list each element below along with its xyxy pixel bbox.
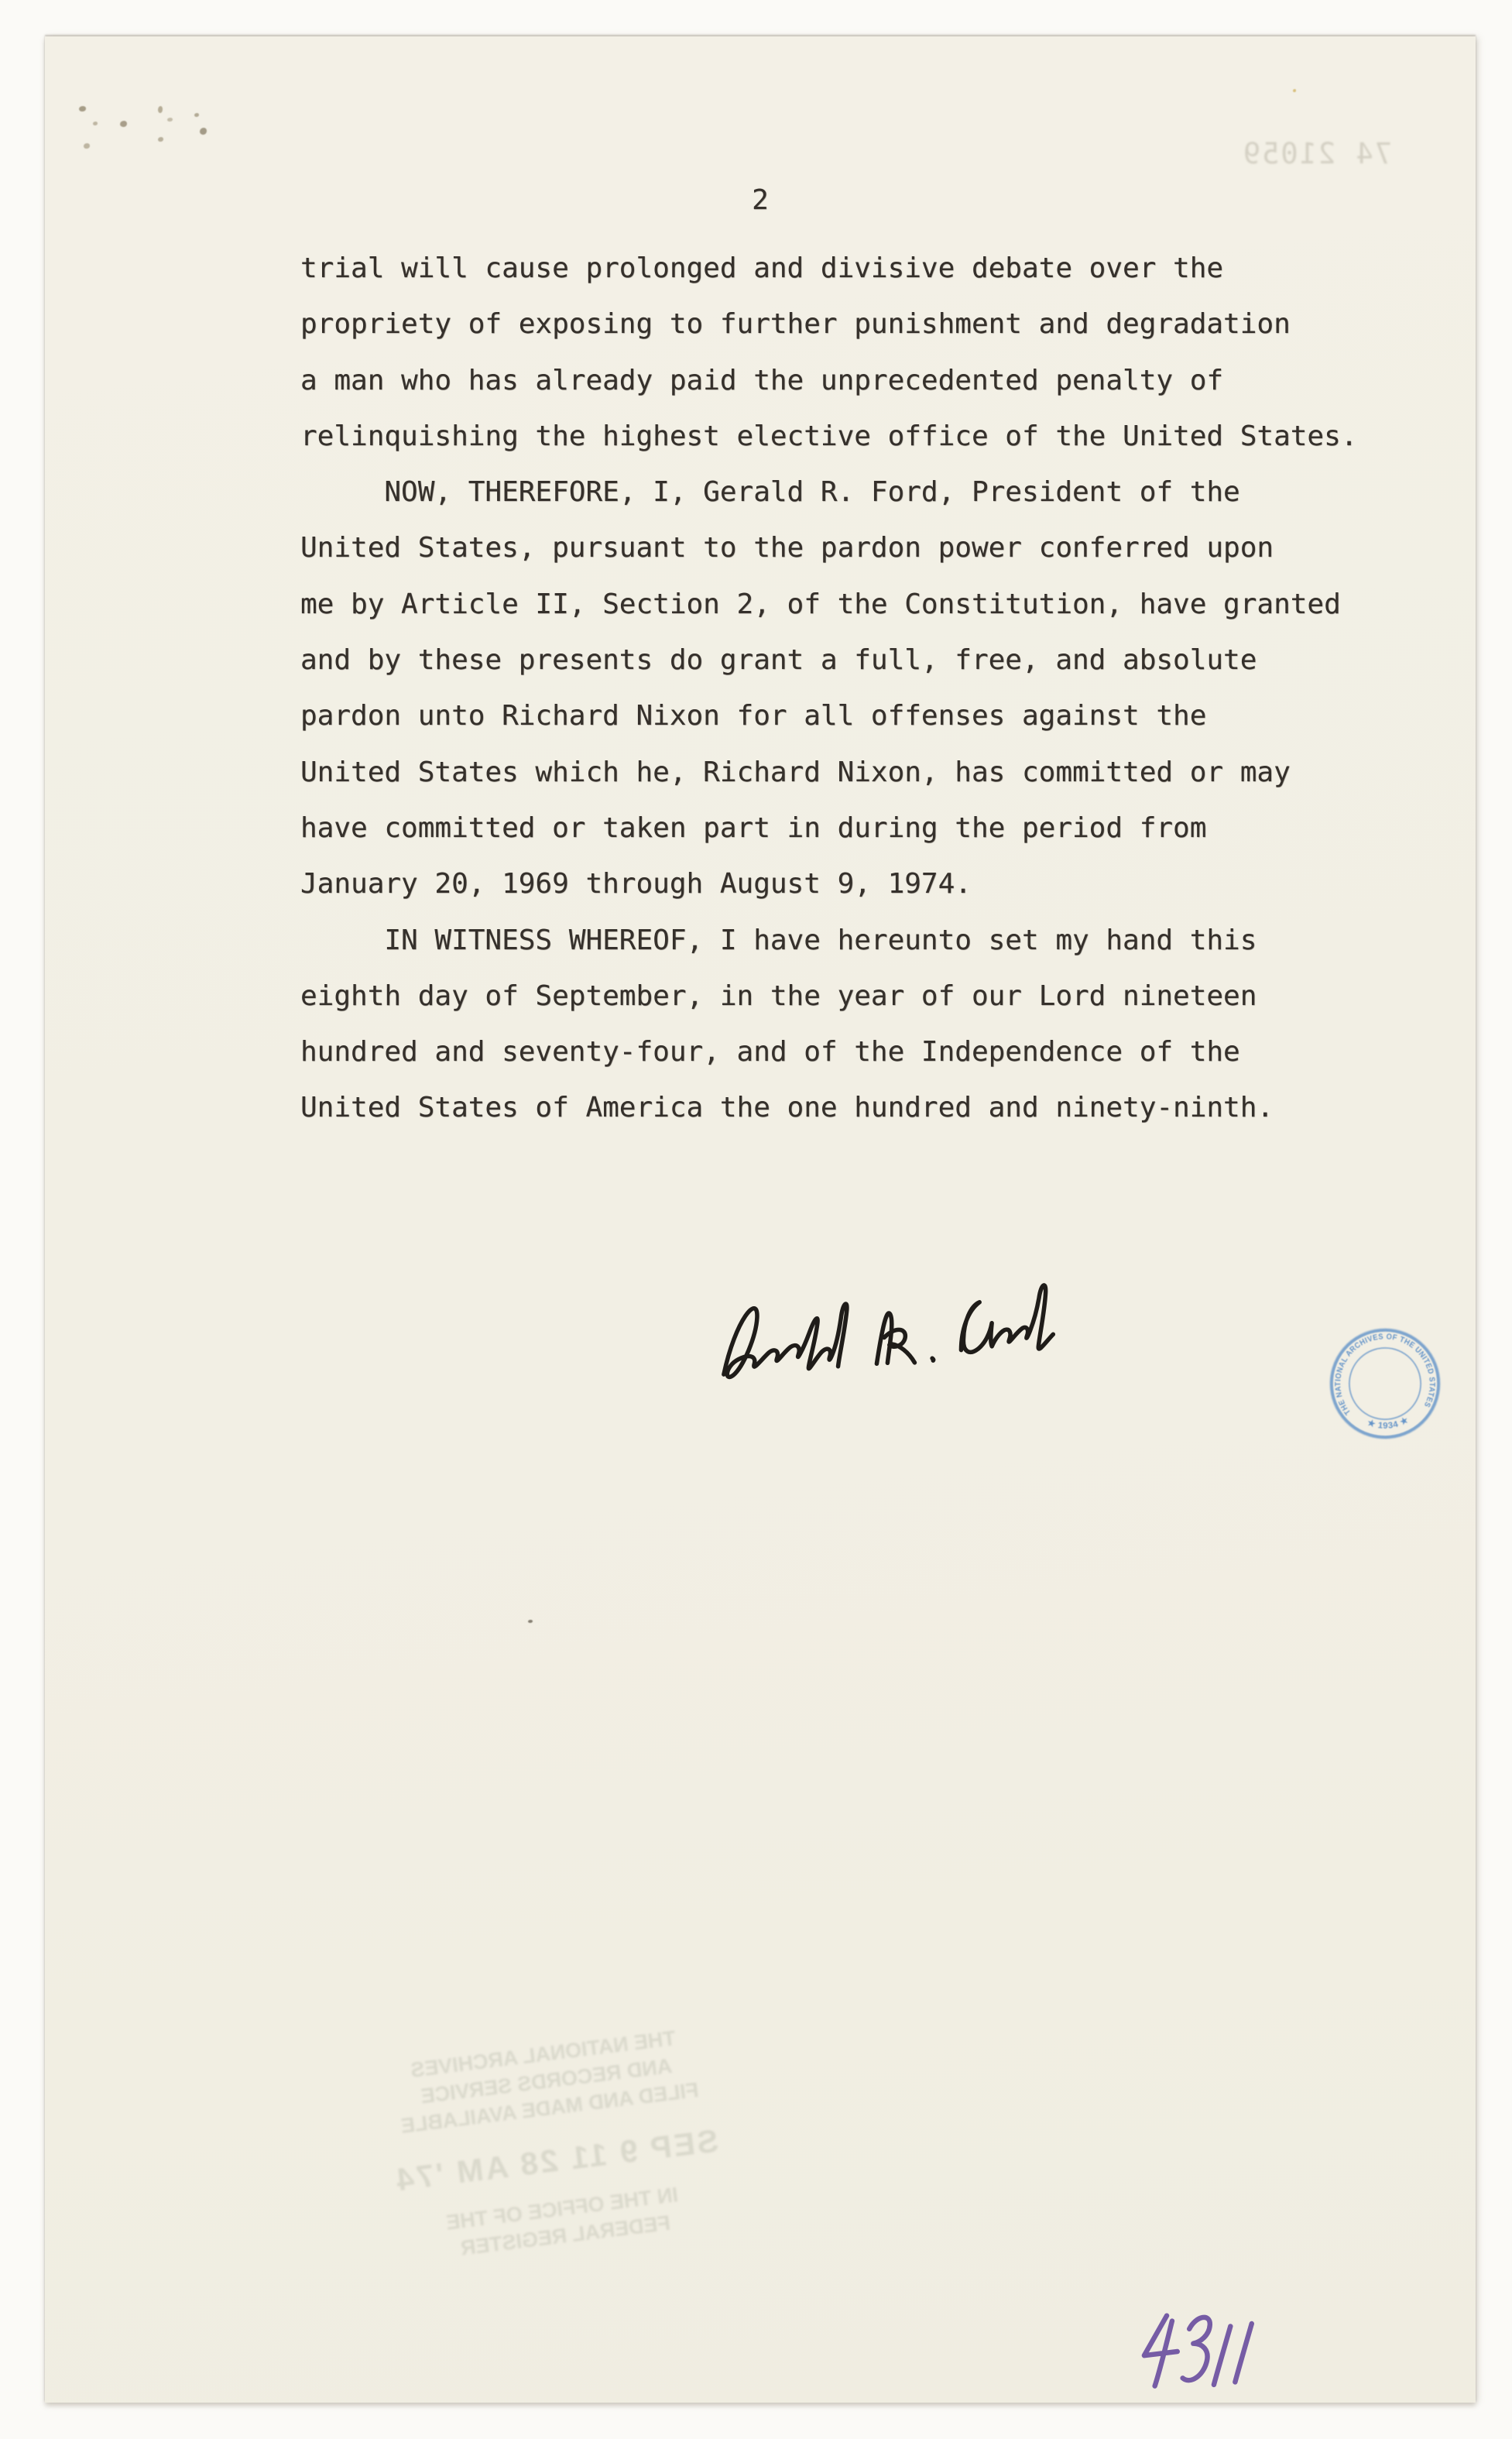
- typed-line: NOW, THEREFORE, I, Gerald R. Ford, Presi…: [300, 465, 1357, 520]
- typed-line: eighth day of September, in the year of …: [300, 969, 1357, 1024]
- digit-4-stroke: [1144, 2316, 1178, 2386]
- typed-line: relinquishing the highest elective offic…: [300, 409, 1357, 465]
- typed-line: have committed or taken part in during t…: [300, 801, 1357, 856]
- typed-line: propriety of exposing to further punishm…: [300, 297, 1357, 352]
- typed-line: trial will cause prolonged and divisive …: [300, 241, 1357, 297]
- paper-speck: [84, 143, 90, 149]
- typed-line: IN WITNESS WHEREOF, I have hereunto set …: [300, 913, 1357, 969]
- paper-speck: [158, 137, 163, 142]
- paper-speck: [167, 118, 173, 122]
- page-number: 2: [45, 184, 1476, 216]
- paper-speck: [120, 121, 127, 127]
- seal-inner-ring: [1346, 1345, 1424, 1422]
- typed-text-block: trial will cause prolonged and divisive …: [300, 241, 1357, 1137]
- digit-3-stroke: [1183, 2317, 1210, 2380]
- signature: [711, 1262, 1113, 1409]
- typed-line: United States of America the one hundred…: [300, 1080, 1357, 1136]
- signature-stroke-ford: [957, 1285, 1054, 1354]
- national-archives-seal-stamp: THE NATIONAL ARCHIVES OF THE UNITED STAT…: [1322, 1320, 1449, 1448]
- handwritten-catalog-number: [1107, 2305, 1297, 2398]
- typed-line: pardon unto Richard Nixon for all offens…: [300, 688, 1357, 744]
- typed-line: United States which he, Richard Nixon, h…: [300, 745, 1357, 801]
- typed-line: a man who has already paid the unprecede…: [300, 353, 1357, 409]
- bleedthrough-serial: 74 21059: [1191, 137, 1392, 170]
- paper-speck: [194, 113, 199, 117]
- paper-speck: [200, 128, 207, 135]
- signature-stroke-gerald: [719, 1302, 851, 1377]
- paper-speck: [158, 106, 163, 113]
- bleedthrough-received-stamp: THE NATIONAL ARCHIVESAND RECORDS SERVICE…: [349, 2018, 759, 2273]
- digit-1a-stroke: [1214, 2326, 1230, 2384]
- typed-line: hundred and seventy-four, and of the Ind…: [300, 1024, 1357, 1080]
- paper-speck: [79, 106, 86, 111]
- document-paper: 2 trial will cause prolonged and divisiv…: [45, 36, 1476, 2403]
- signature-stroke-r: [873, 1310, 934, 1365]
- paper-speck: [93, 122, 98, 125]
- paper-speck: [1293, 89, 1296, 92]
- typed-line: me by Article II, Section 2, of the Cons…: [300, 577, 1357, 633]
- typed-line: and by these presents do grant a full, f…: [300, 633, 1357, 688]
- digit-1b-stroke: [1235, 2324, 1251, 2382]
- typed-line: January 20, 1969 through August 9, 1974.: [300, 856, 1357, 912]
- scan-background: 2 trial will cause prolonged and divisiv…: [0, 0, 1512, 2439]
- seal-ring-text: THE NATIONAL ARCHIVES OF THE UNITED STAT…: [1330, 1329, 1438, 1417]
- typed-line: United States, pursuant to the pardon po…: [300, 520, 1357, 576]
- paper-speck: [528, 1620, 533, 1623]
